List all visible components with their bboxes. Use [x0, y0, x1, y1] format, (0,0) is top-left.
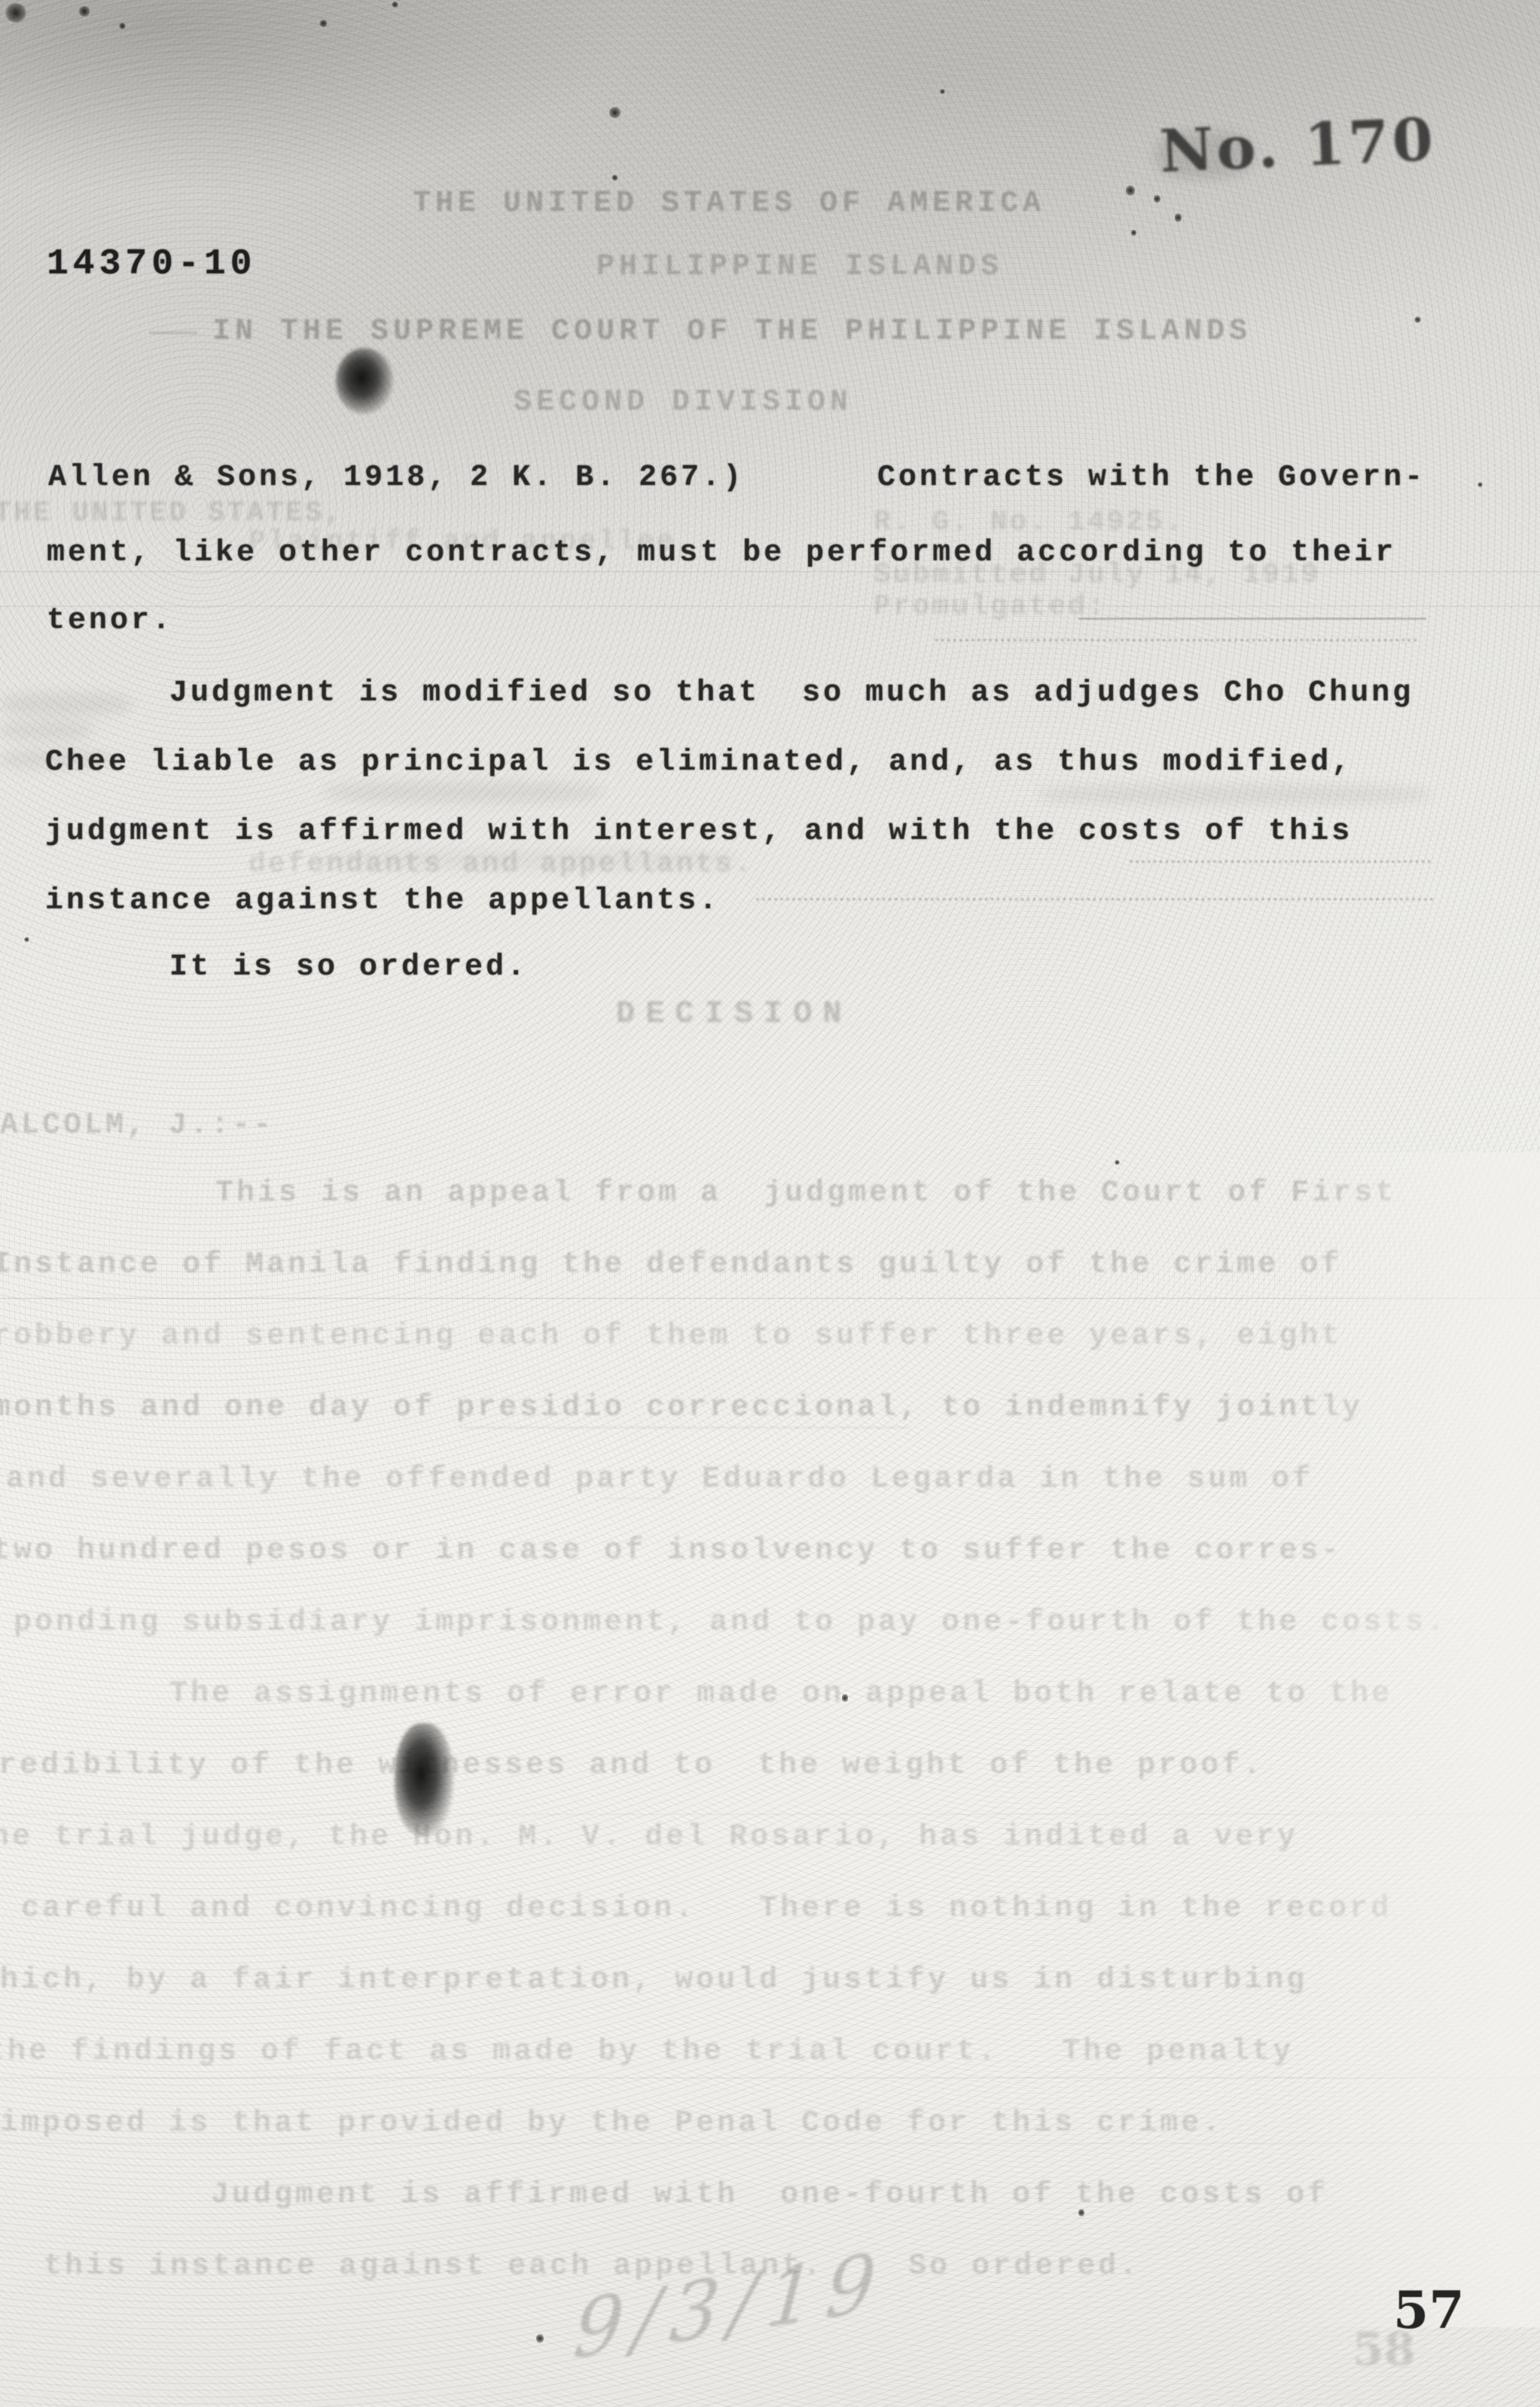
header-division: SECOND DIVISION [514, 386, 852, 419]
ink-speck [1126, 185, 1135, 197]
ink-speck [24, 937, 29, 942]
disposition-line: judgment is affirmed with interest, and … [45, 815, 1352, 849]
opinion-line: credibility of the witnesses and to the … [0, 1749, 1264, 1783]
scratch-line [0, 1814, 1540, 1815]
syllabus-citation: Allen & Sons, 1918, 2 K. B. 267.) [48, 461, 744, 495]
ghost-decision-heading: DECISION [616, 996, 852, 1032]
opinion-line: Judgment is affirmed with one-fourth of … [211, 2178, 1328, 2212]
page-number: 57 [1393, 2280, 1465, 2341]
opinion-line: robbery and sentencing each of them to s… [0, 1319, 1342, 1353]
opinion-line: the findings of fact as made by the tria… [0, 2035, 1294, 2069]
scratch-line [0, 1298, 1540, 1299]
ink-speck [1175, 212, 1182, 223]
opinion-line: this instance against each appellant. So… [44, 2250, 1140, 2283]
disposition-line: Judgment is modified so that so much as … [169, 676, 1413, 710]
ghost-dotted-line [1130, 860, 1431, 863]
opinion-line: two hundred pesos or in case of insolven… [0, 1534, 1342, 1568]
document-page: No. 170 THE UNITED STATES OF AMERICA 143… [0, 0, 1540, 2407]
opinion-judge-line: MALCOLM, J.:-- [0, 1109, 274, 1142]
ink-speck [536, 2333, 544, 2344]
disposition-line: Chee liable as principal is eliminated, … [45, 746, 1352, 779]
ghost-dotted-line [935, 639, 1417, 642]
ghost-underline [1078, 618, 1426, 620]
opinion-line: Instance of Manila finding the defendant… [0, 1248, 1342, 1282]
header-territory: PHILIPPINE ISLANDS [596, 250, 1003, 284]
ghost-smudge [1039, 785, 1431, 804]
scratch-line [0, 2143, 1540, 2144]
ghost-gr-number: R. G. No. 14925. [874, 506, 1185, 538]
opinion-line: This is an appeal from a judgment of the… [215, 1176, 1396, 1210]
ink-speck [1115, 1160, 1120, 1165]
ghost-smudge [0, 693, 132, 715]
ink-speck [78, 6, 90, 17]
opinion-line: months and one day of presidio correccio… [0, 1391, 1363, 1425]
opinion-line: The assignments of error made on appeal … [169, 1677, 1392, 1711]
ink-speck [1477, 482, 1483, 487]
ghost-dotted-line [756, 898, 1434, 901]
scratch-line [0, 606, 1540, 607]
disposition-closing: It is so ordered. [169, 950, 528, 984]
scratch-line [0, 2077, 1540, 2079]
header-court: IN THE SUPREME COURT OF THE PHILIPPINE I… [212, 315, 1252, 349]
opinion-line: The trial judge, the Hon. M. V. del Rosa… [0, 1820, 1298, 1854]
ink-speck [608, 107, 621, 118]
opinion-line: imposed is that provided by the Penal Co… [0, 2107, 1223, 2140]
syllabus-line3: tenor. [47, 604, 173, 638]
opinion-line: ponding subsidiary imprisonment, and to … [14, 1606, 1447, 1640]
disposition-line: instance against the appellants. [45, 884, 720, 918]
ink-speck [611, 175, 618, 181]
ghost-underline [458, 1426, 910, 1429]
ink-speck [319, 20, 328, 27]
syllabus-line1: Contracts with the Govern- [877, 461, 1426, 495]
ink-speck [842, 1693, 848, 1703]
opinion-line: careful and convincing decision. There i… [21, 1892, 1392, 1926]
header-nation: THE UNITED STATES OF AMERICA [413, 187, 1045, 221]
ink-speck [1078, 2208, 1084, 2217]
ghost-underline [602, 1497, 674, 1499]
ink-speck [1414, 316, 1421, 323]
opinion-line: and severally the offended party Eduardo… [6, 1463, 1313, 1496]
ink-speck [392, 2, 398, 8]
ghost-submitted: Submitted July 14, 1919 [874, 559, 1321, 591]
scratch-line [0, 571, 1540, 572]
ghost-smudge [0, 721, 94, 740]
opinion-line: which, by a fair interpretation, would j… [0, 1963, 1307, 1997]
ink-speck [1154, 194, 1160, 203]
ink-speck [5, 3, 27, 23]
header-case-number: 14370-10 [47, 244, 256, 285]
ink-speck [119, 23, 126, 29]
pen-dash [149, 331, 197, 334]
ink-speck [940, 89, 945, 94]
ink-blot [336, 348, 393, 414]
ink-speck [1131, 229, 1136, 236]
ghost-smudge [324, 782, 602, 803]
ghost-appellants-role: defendants and appellants. [249, 848, 754, 880]
ink-smudge [1156, 132, 1254, 178]
ghost-party-name: THE UNITED STATES, [0, 497, 343, 529]
ink-blot [395, 1723, 453, 1836]
